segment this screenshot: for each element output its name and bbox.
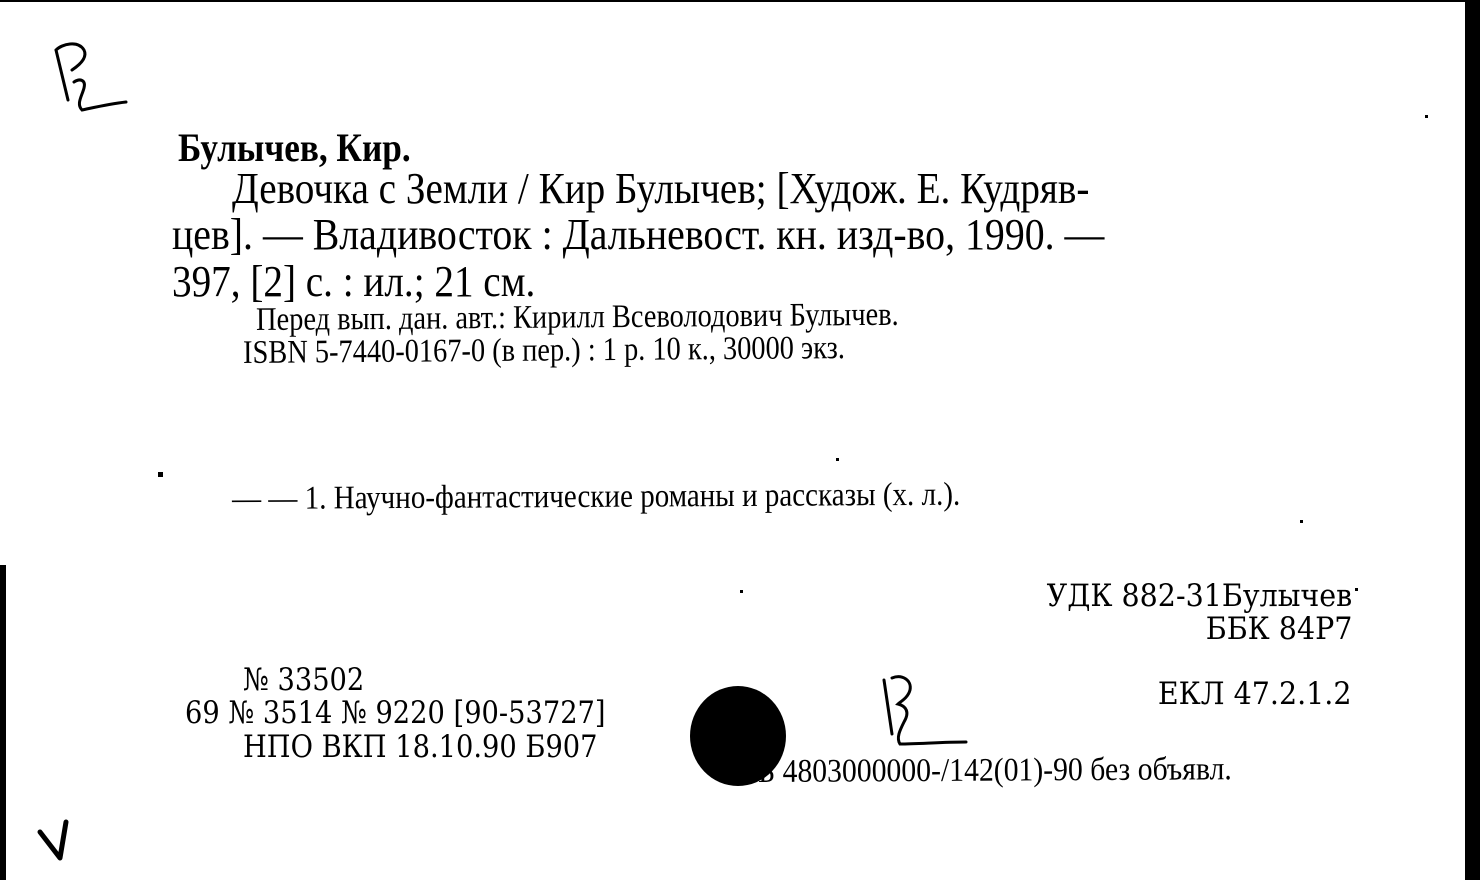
handwritten-r2-top-icon: [48, 38, 128, 118]
scan-speck: [740, 590, 743, 593]
title-line-1: Девочка с Земли / Кир Булычев; [Худож. Е…: [232, 163, 1089, 214]
scan-left-edge: [0, 565, 6, 880]
subject-entry: — — 1. Научно-фантастические романы и ра…: [232, 477, 960, 518]
scan-right-edge: [1465, 0, 1480, 880]
scan-speck: [1355, 588, 1358, 591]
scan-top-edge: [0, 0, 1465, 2]
print-info-1: № 33502: [243, 662, 364, 698]
catalog-card: Булычев, Кир. Девочка с Земли / Кир Булы…: [0, 0, 1480, 880]
udk-code: УДК 882-31Булычев: [1046, 578, 1352, 614]
scan-speck: [836, 458, 839, 461]
bottom-code: Б 4803000000-/142(01)-90 без объявл.: [758, 751, 1232, 791]
scan-speck: [158, 472, 163, 477]
bbk-code: ББК 84Р7: [1205, 611, 1352, 647]
handwritten-r2-bottom-icon: [878, 672, 973, 752]
scan-speck: [1425, 115, 1428, 118]
scan-speck: [1300, 520, 1303, 523]
isbn-line: ISBN 5-7440-0167-0 (в пер.) : 1 р. 10 к.…: [243, 330, 845, 372]
print-info-2: 69 № 3514 № 9220 [90-53727]: [185, 695, 606, 731]
title-line-2: цев]. — Владивосток : Дальневост. кн. из…: [172, 209, 1104, 260]
print-info-3: НПО ВКП 18.10.90 Б907: [243, 729, 598, 765]
checkmark-icon: [36, 818, 76, 864]
punch-hole: [690, 686, 786, 786]
ekl-code: ЕКЛ 47.2.1.2: [1158, 676, 1352, 712]
